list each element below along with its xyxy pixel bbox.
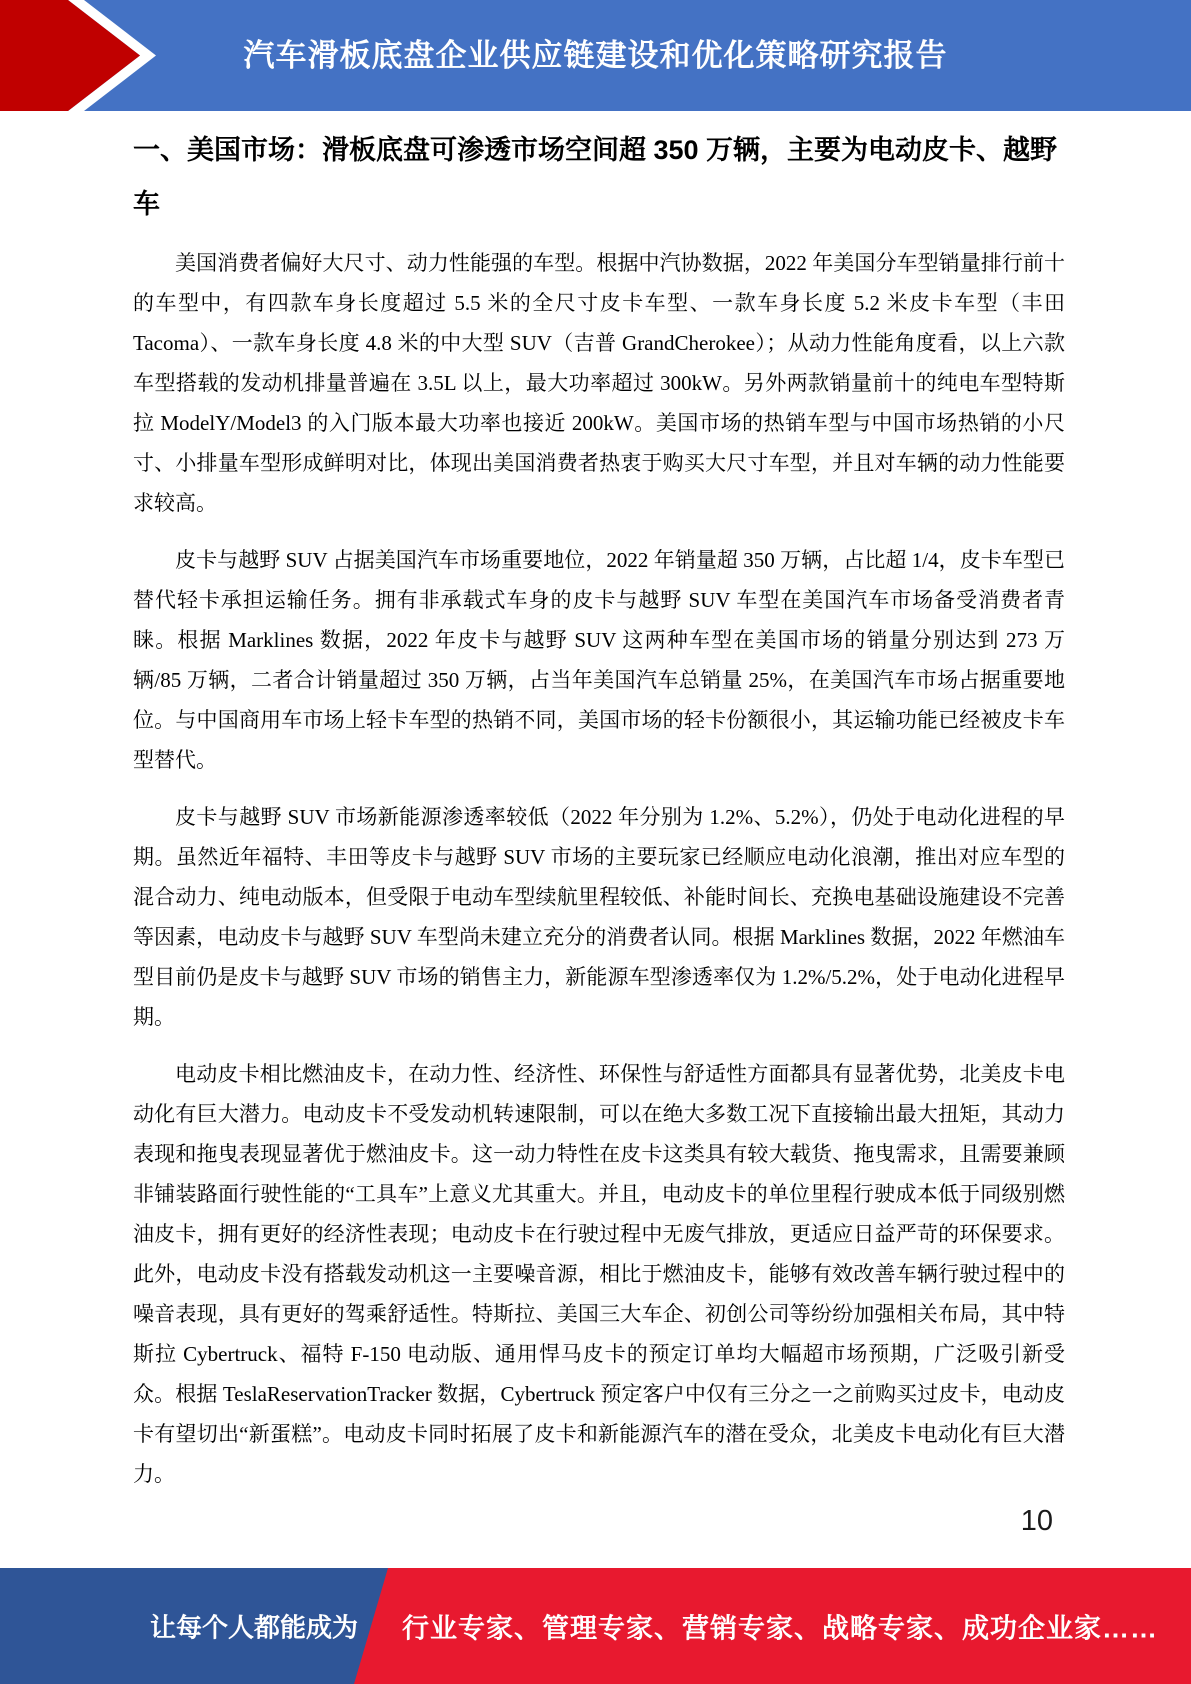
page-number: 10 [1021, 1505, 1053, 1538]
section-heading: 一、美国市场：滑板底盘可渗透市场空间超 350 万辆，主要为电动皮卡、越野车 [133, 123, 1065, 231]
paragraph-2: 皮卡与越野 SUV 占据美国汽车市场重要地位，2022 年销量超 350 万辆，… [133, 540, 1065, 780]
page-footer: 让每个人都能成为 行业专家、管理专家、营销专家、战略专家、成功企业家…… [0, 1568, 1191, 1684]
paragraph-4: 电动皮卡相比燃油皮卡，在动力性、经济性、环保性与舒适性方面都具有显著优势，北美皮… [133, 1054, 1065, 1494]
footer-slogan-right: 行业专家、管理专家、营销专家、战略专家、成功企业家…… [402, 1607, 1158, 1646]
paragraph-1: 美国消费者偏好大尺寸、动力性能强的车型。根据中汽协数据，2022 年美国分车型销… [133, 243, 1065, 523]
paragraph-3: 皮卡与越野 SUV 市场新能源渗透率较低（2022 年分别为 1.2%、5.2%… [133, 797, 1065, 1037]
report-title: 汽车滑板底盘企业供应链建设和优化策略研究报告 [0, 29, 1191, 74]
report-page: 汽车滑板底盘企业供应链建设和优化策略研究报告 一、美国市场：滑板底盘可渗透市场空… [0, 0, 1191, 1494]
content-area: 一、美国市场：滑板底盘可渗透市场空间超 350 万辆，主要为电动皮卡、越野车 美… [133, 123, 1065, 1494]
page-header: 汽车滑板底盘企业供应链建设和优化策略研究报告 [0, 0, 1191, 111]
footer-slogan-left: 让每个人都能成为 [150, 1608, 358, 1645]
